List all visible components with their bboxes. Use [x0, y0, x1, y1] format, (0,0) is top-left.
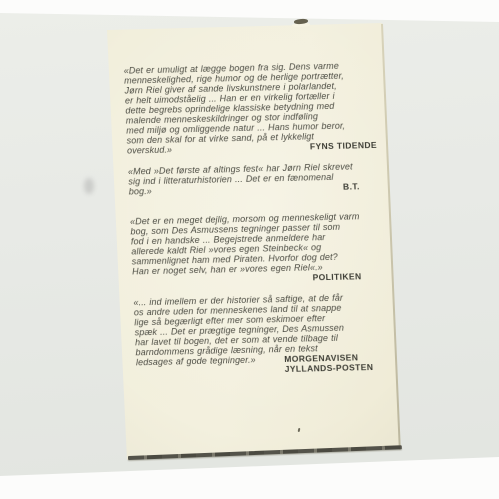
quote-tail: ledsages af gode tegninger.»: [136, 355, 256, 368]
newspaper-name: B.T.: [343, 181, 360, 191]
newspaper-name-line: FYNS TIDENDE: [310, 140, 378, 152]
review-quote: «... ind imellem er der historier så saf…: [133, 292, 387, 378]
newspaper-name: MORGENAVISENJYLLANDS-POSTEN: [284, 352, 373, 374]
quote-tail-row: ledsages af gode tegninger.»MORGENAVISEN…: [136, 352, 388, 378]
newspaper-name-line: B.T.: [343, 181, 360, 191]
review-quote: «Det er umuligt at lægge bogen fra sig. …: [124, 60, 379, 156]
review-quotes-block: «Det er umuligt at lægge bogen fra sig. …: [107, 24, 401, 458]
quote-tail: bog.»: [129, 186, 152, 197]
backdrop-smudge: [84, 178, 94, 194]
review-quote: «Med »Det første af altings fest« har Jø…: [128, 161, 380, 197]
newspaper-name: FYNS TIDENDE: [310, 140, 378, 152]
review-quote: «Det er en meget dejlig, morsom og menne…: [130, 211, 384, 287]
quote-tail: overskud.»: [127, 145, 172, 156]
book-photo: «Det er umuligt at lægge bogen fra sig. …: [0, 0, 499, 499]
newspaper-name-line: JYLLANDS-POSTEN: [284, 362, 373, 374]
